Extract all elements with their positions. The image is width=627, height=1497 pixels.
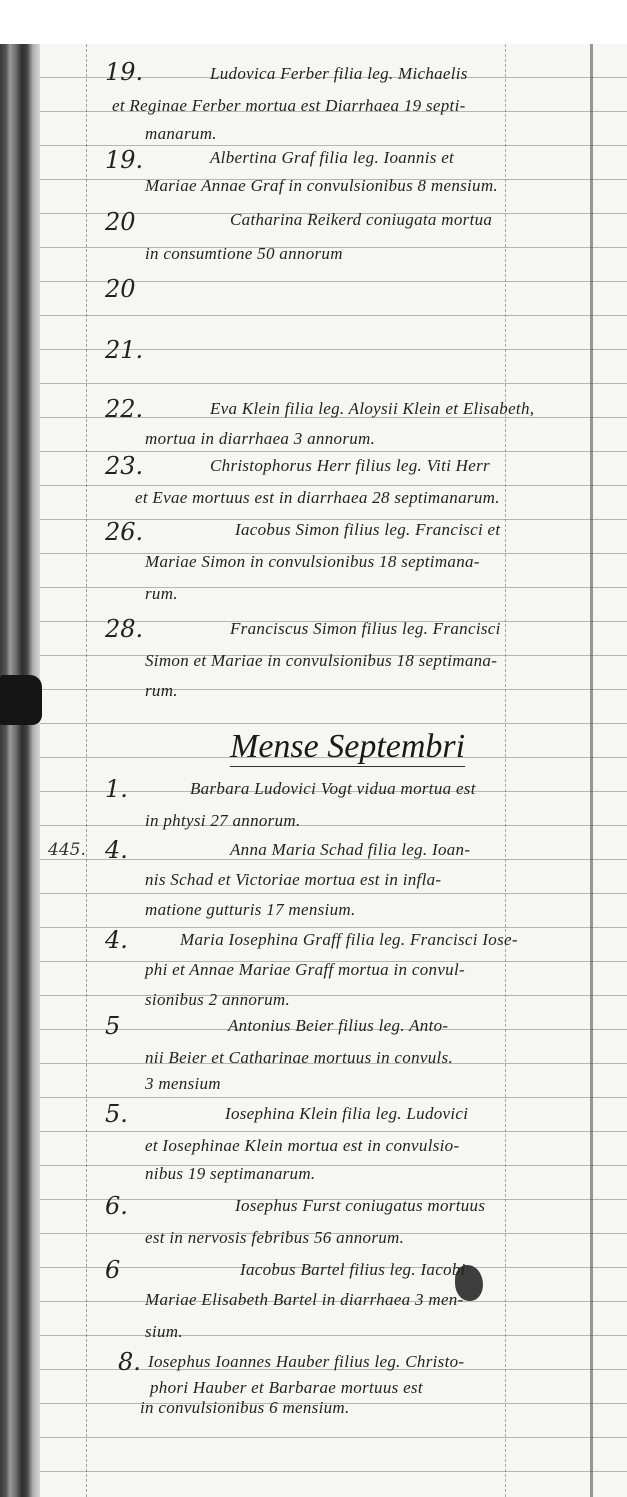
entry-line: Mariae Elisabeth Bartel in diarrhaea 3 m… bbox=[145, 1290, 464, 1310]
entry-day: 21. bbox=[105, 336, 143, 364]
month-heading: Mense Septembri bbox=[230, 728, 465, 767]
entry-line: Christophorus Herr filius leg. Viti Herr bbox=[210, 456, 490, 476]
entry-line: Barbara Ludovici Vogt vidua mortua est bbox=[190, 779, 476, 799]
entry-line: Iosephina Klein filia leg. Ludovici bbox=[225, 1104, 468, 1124]
entry-line: et Evae mortuus est in diarrhaea 28 sept… bbox=[135, 488, 500, 508]
entry-line: Maria Iosephina Graff filia leg. Francis… bbox=[180, 930, 518, 950]
entry-day: 4. bbox=[105, 836, 128, 864]
entry-line: matione gutturis 17 mensium. bbox=[145, 900, 356, 920]
entry-line: Franciscus Simon filius leg. Francisci bbox=[230, 619, 501, 639]
entry-day: 4. bbox=[105, 926, 128, 954]
entry-day: 20 bbox=[105, 275, 136, 303]
entry-line: et Iosephinae Klein mortua est in convul… bbox=[145, 1136, 459, 1156]
entry-line: nis Schad et Victoriae mortua est in inf… bbox=[145, 870, 441, 890]
entry-line: rum. bbox=[145, 584, 178, 604]
entry-line: Simon et Mariae in convulsionibus 18 sep… bbox=[145, 651, 497, 671]
entry-line: est in nervosis febribus 56 annorum. bbox=[145, 1228, 404, 1248]
entry-day: 26. bbox=[105, 518, 143, 546]
entry-day: 5 bbox=[105, 1012, 120, 1040]
entry-day: 5. bbox=[105, 1100, 128, 1128]
entry-line: Iacobus Simon filius leg. Francisci et bbox=[235, 520, 500, 540]
entry-line: Ludovica Ferber filia leg. Michaelis bbox=[210, 64, 468, 84]
entry-line: Iacobus Bartel filius leg. Iacobi bbox=[240, 1260, 466, 1280]
entry-day: 6. bbox=[105, 1192, 128, 1220]
entry-day: 23. bbox=[105, 452, 143, 480]
entry-line: in phtysi 27 annorum. bbox=[145, 811, 301, 831]
entry-day: 20 bbox=[105, 208, 136, 236]
entry-line: sium. bbox=[145, 1322, 183, 1342]
entry-day: 8. bbox=[118, 1348, 141, 1376]
entry-line: Catharina Reikerd coniugata mortua bbox=[230, 210, 492, 230]
entry-line: manarum. bbox=[145, 124, 217, 144]
day-column-rule bbox=[86, 44, 88, 1497]
entry-line: nii Beier et Catharinae mortuus in convu… bbox=[145, 1048, 453, 1068]
entry-day: 22. bbox=[105, 395, 143, 423]
entry-day: 19. bbox=[105, 58, 143, 86]
entry-line: sionibus 2 annorum. bbox=[145, 990, 290, 1010]
entry-day: 28. bbox=[105, 615, 143, 643]
book-binding-edge bbox=[0, 44, 40, 1497]
entry-line: Iosephus Furst coniugatus mortuus bbox=[235, 1196, 485, 1216]
entry-line: phi et Annae Mariae Graff mortua in conv… bbox=[145, 960, 465, 980]
entry-line: Mariae Annae Graf in convulsionibus 8 me… bbox=[145, 176, 498, 196]
entry-line: et Reginae Ferber mortua est Diarrhaea 1… bbox=[112, 96, 466, 116]
entry-line: nibus 19 septimanarum. bbox=[145, 1164, 315, 1184]
entry-day: 1. bbox=[105, 775, 128, 803]
entry-line: 3 mensium bbox=[145, 1074, 221, 1094]
entry-line: Anna Maria Schad filia leg. Ioan- bbox=[230, 840, 470, 860]
entry-line: mortua in diarrhaea 3 annorum. bbox=[145, 429, 375, 449]
right-margin-rule bbox=[590, 44, 593, 1497]
entry-line: Albertina Graf filia leg. Ioannis et bbox=[210, 148, 454, 168]
entry-line: in convulsionibus 6 mensium. bbox=[140, 1398, 350, 1418]
entry-line: rum. bbox=[145, 681, 178, 701]
entry-day: 6 bbox=[105, 1256, 120, 1284]
entry-line: Eva Klein filia leg. Aloysii Klein et El… bbox=[210, 399, 534, 419]
entry-line: phori Hauber et Barbarae mortuus est bbox=[150, 1378, 423, 1398]
text-column-rule bbox=[505, 44, 507, 1497]
entry-line: Iosephus Ioannes Hauber filius leg. Chri… bbox=[148, 1352, 464, 1372]
entry-line: Antonius Beier filius leg. Anto- bbox=[228, 1016, 448, 1036]
binding-stain bbox=[0, 675, 42, 725]
entry-line: in consumtione 50 annorum bbox=[145, 244, 343, 264]
margin-note: 445. bbox=[48, 840, 86, 860]
entry-line: Mariae Simon in convulsionibus 18 septim… bbox=[145, 552, 480, 572]
entry-day: 19. bbox=[105, 146, 143, 174]
